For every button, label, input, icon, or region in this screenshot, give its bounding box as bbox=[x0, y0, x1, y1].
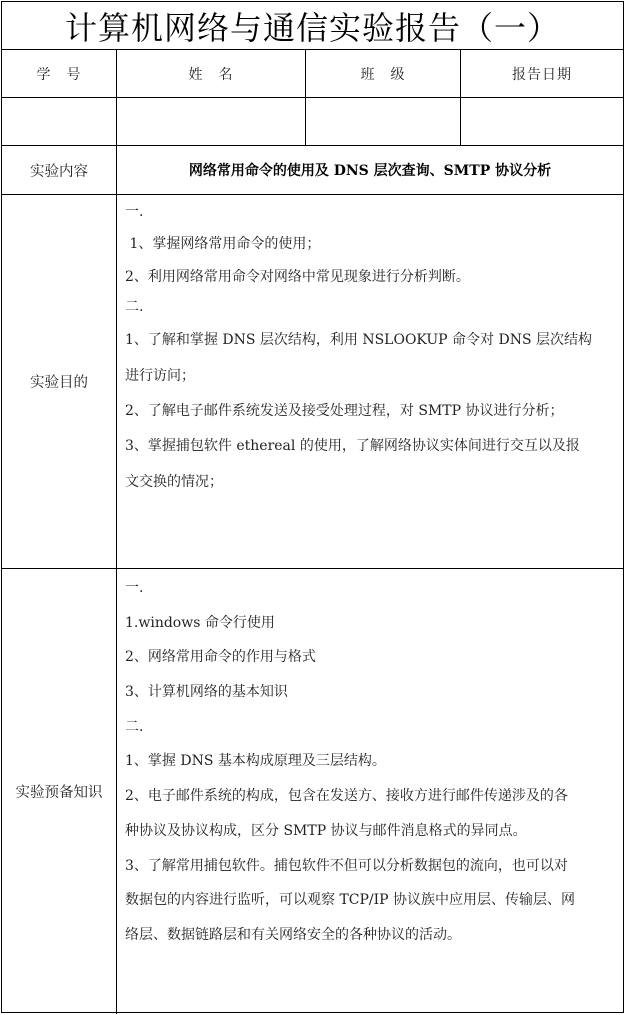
experiment-purpose-label: 实验目的 bbox=[2, 195, 116, 568]
purpose-line: 2、了解电子邮件系统发送及接受处理过程，对 SMTP 协议进行分析； bbox=[125, 394, 623, 429]
knowledge-line: 1.windows 命令行使用 bbox=[125, 606, 623, 641]
preliminary-knowledge-label: 实验预备知识 bbox=[2, 569, 116, 1014]
title-row: 计算机网络与通信实验报告（一） bbox=[2, 2, 623, 49]
purpose-line: 2、利用网络常用命令对网络中常见现象进行分析判断。 bbox=[125, 262, 623, 292]
header-row: 学 号 姓 名 班 级 报告日期 bbox=[2, 49, 623, 97]
knowledge-line: 2、网络常用命令的作用与格式 bbox=[125, 640, 623, 675]
class-field[interactable] bbox=[305, 98, 460, 145]
purpose-line: 3、掌握捕包软件 ethereal 的使用，了解网络协议实体间进行交互以及报 bbox=[125, 429, 623, 464]
input-row bbox=[2, 97, 623, 145]
name-field[interactable] bbox=[116, 98, 305, 145]
knowledge-line: 二. bbox=[125, 710, 623, 745]
experiment-content-label: 实验内容 bbox=[2, 146, 116, 194]
report-date-label: 报告日期 bbox=[460, 50, 623, 97]
knowledge-line: 1、掌握 DNS 基本构成原理及三层结构。 bbox=[125, 744, 623, 779]
purpose-line: 文交换的情况； bbox=[125, 464, 623, 500]
knowledge-line: 一. bbox=[125, 571, 623, 606]
class-label: 班 级 bbox=[305, 50, 460, 97]
experiment-content-value: 网络常用命令的使用及 DNS 层次查询、SMTP 协议分析 bbox=[116, 146, 623, 194]
purpose-line: 1、了解和掌握 DNS 层次结构，利用 NSLOOKUP 命令对 DNS 层次结… bbox=[125, 322, 623, 358]
purpose-line: 一. bbox=[125, 197, 623, 227]
student-id-field[interactable] bbox=[2, 98, 116, 145]
report-table: 计算机网络与通信实验报告（一） 学 号 姓 名 班 级 报告日期 实验内容 网络… bbox=[1, 1, 624, 1013]
experiment-purpose-content: 一. 1、掌握网络常用命令的使用； 2、利用网络常用命令对网络中常见现象进行分析… bbox=[116, 195, 623, 568]
report-date-field[interactable] bbox=[460, 98, 623, 145]
purpose-line: 1、掌握网络常用命令的使用； bbox=[125, 227, 623, 262]
knowledge-line: 种协议及协议构成，区分 SMTP 协议与邮件消息格式的异同点。 bbox=[125, 814, 623, 849]
report-title: 计算机网络与通信实验报告（一） bbox=[65, 3, 560, 49]
knowledge-line: 络层、数据链路层和有关网络安全的各种协议的活动。 bbox=[125, 918, 623, 953]
purpose-line: 二. bbox=[125, 292, 623, 322]
knowledge-line: 数据包的内容进行监听，可以观察 TCP/IP 协议族中应用层、传输层、网 bbox=[125, 883, 623, 918]
knowledge-line: 2、电子邮件系统的构成，包含在发送方、接收方进行邮件传递涉及的各 bbox=[125, 779, 623, 814]
experiment-content-row: 实验内容 网络常用命令的使用及 DNS 层次查询、SMTP 协议分析 bbox=[2, 145, 623, 194]
student-id-label: 学 号 bbox=[2, 50, 116, 97]
purpose-line: 进行访问； bbox=[125, 358, 623, 394]
knowledge-line: 3、计算机网络的基本知识 bbox=[125, 675, 623, 710]
preliminary-knowledge-row: 实验预备知识 一. 1.windows 命令行使用 2、网络常用命令的作用与格式… bbox=[2, 568, 623, 1014]
knowledge-line: 3、了解常用捕包软件。捕包软件不但可以分析数据包的流向，也可以对 bbox=[125, 849, 623, 884]
preliminary-knowledge-content: 一. 1.windows 命令行使用 2、网络常用命令的作用与格式 3、计算机网… bbox=[116, 569, 623, 1014]
experiment-purpose-row: 实验目的 一. 1、掌握网络常用命令的使用； 2、利用网络常用命令对网络中常见现… bbox=[2, 194, 623, 568]
name-label: 姓 名 bbox=[116, 50, 305, 97]
